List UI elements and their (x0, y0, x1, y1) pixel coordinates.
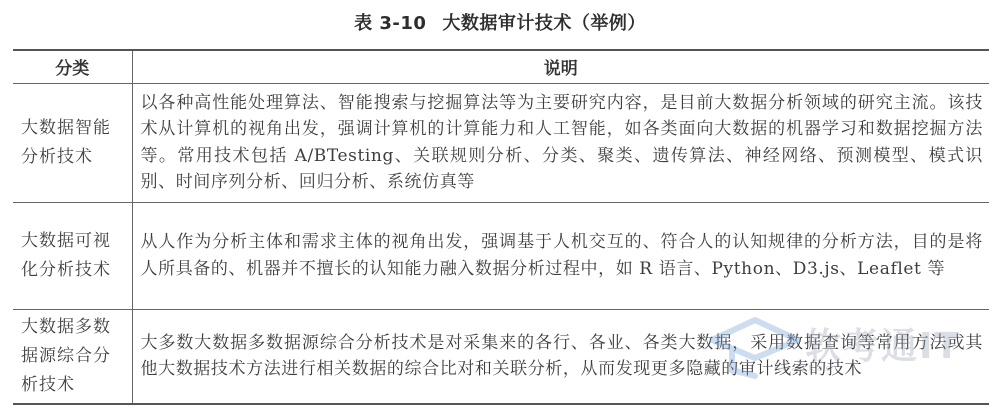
table-caption: 表 3-10大数据审计技术（举例） (0, 9, 1000, 35)
table-header-row: 分类 说明 (13, 50, 989, 83)
row-description: 大多数大数据多数据源综合分析技术是对采集来的各行、各业、各类大数据，采用数据查询… (132, 309, 989, 404)
header-category: 分类 (13, 50, 132, 83)
table-row: 大数据多数据源综合分析技术 大多数大数据多数据源综合分析技术是对采集来的各行、各… (13, 309, 989, 404)
audit-technology-table: 分类 说明 大数据智能分析技术 以各种高性能处理算法、智能搜索与挖掘算法等为主要… (13, 49, 989, 405)
row-description: 从人作为分析主体和需求主体的视角出发，强调基于人机交互的、符合人的认知规律的分析… (132, 202, 989, 309)
table-title: 大数据审计技术（举例） (442, 13, 646, 34)
table-number: 表 3-10 (354, 13, 426, 34)
table-row: 大数据智能分析技术 以各种高性能处理算法、智能搜索与挖掘算法等为主要研究内容，是… (13, 83, 989, 202)
row-description: 以各种高性能处理算法、智能搜索与挖掘算法等为主要研究内容，是目前大数据分析领域的… (132, 83, 989, 202)
header-description: 说明 (132, 50, 989, 83)
row-category: 大数据智能分析技术 (13, 83, 132, 202)
row-category: 大数据可视化分析技术 (13, 202, 132, 309)
row-category: 大数据多数据源综合分析技术 (13, 309, 132, 404)
table-row: 大数据可视化分析技术 从人作为分析主体和需求主体的视角出发，强调基于人机交互的、… (13, 202, 989, 309)
